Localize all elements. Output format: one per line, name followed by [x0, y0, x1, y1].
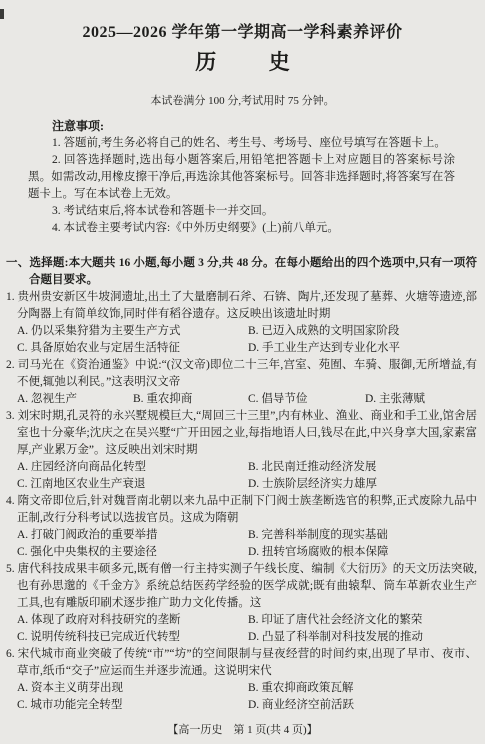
question-text: 司马光在《资治通鉴》中说:“(汉文帝)即位二十三年,宫室、苑囿、车骑、服御,无所…: [17, 359, 477, 388]
option-b: B. 印证了唐代社会经济文化的繁荣: [248, 612, 477, 629]
section-heading: 一、选择题:本大题共 16 小题,每小题 3 分,共 48 分。在每小题给出的四…: [6, 255, 477, 289]
question-stem: 6. 宋代城市商业突破了传统“市”“坊”的空间限制与昼夜经营的时间约束,出现了早…: [6, 646, 477, 680]
options-grid: A. 体现了政府对科技研究的垄断 B. 印证了唐代社会经济文化的繁荣 C. 说明…: [6, 612, 477, 646]
option-d: D. 凸显了科举制对科技发展的推动: [248, 629, 477, 646]
option-a: A. 忽视生产: [17, 391, 133, 408]
question-2: 2. 司马光在《资治通鉴》中说:“(汉文帝)即位二十三年,宫室、苑囿、车骑、服御…: [6, 357, 477, 408]
question-section: 一、选择题:本大题共 16 小题,每小题 3 分,共 48 分。在每小题给出的四…: [6, 255, 477, 714]
note-item-1: 1. 答题前,考生务必将自己的姓名、考生号、考场号、座位号填写在答题卡上。: [28, 135, 455, 152]
question-stem: 2. 司马光在《资治通鉴》中说:“(汉文帝)即位二十三年,宫室、苑囿、车骑、服御…: [6, 357, 477, 391]
option-a: A. 资本主义萌芽出现: [17, 680, 248, 697]
option-d: D. 士族阶层经济实力雄厚: [248, 476, 477, 493]
page-footer: 【高一历史 第 1 页(共 4 页)】: [0, 723, 485, 738]
option-c: C. 倡导节俭: [248, 391, 365, 408]
option-b: B. 重农抑商: [133, 391, 248, 408]
question-number: 2.: [6, 359, 18, 371]
options-grid: A. 庄园经济向商品化转型 B. 北民南迁推动经济发展 C. 江南地区农业生产衰…: [6, 459, 477, 493]
question-text: 隋文帝即位后,针对魏晋南北朝以来九品中正制下门阀士族垄断选官的积弊,正式废除九品…: [17, 495, 477, 524]
question-text: 唐代科技成果丰硕多元,既有僧一行主持实测子午线长度、编制《大衍历》的天文历法突破…: [17, 563, 477, 609]
option-b: B. 已迈入成熟的文明国家阶段: [248, 323, 477, 340]
notes-heading: 注意事项:: [28, 118, 455, 135]
option-d: D. 主张薄赋: [365, 391, 477, 408]
option-c: C. 说明传统科技已完成近代转型: [17, 629, 248, 646]
option-a: A. 庄园经济向商品化转型: [17, 459, 248, 476]
question-number: 1.: [6, 291, 18, 303]
exam-title: 2025—2026 学年第一学期高一学科素养评价: [0, 0, 485, 44]
option-b: B. 重农抑商政策瓦解: [248, 680, 477, 697]
question-text: 贵州贵安新区牛坡洞遗址,出土了大量磨制石斧、石锛、陶片,还发现了墓葬、火塘等遗迹…: [17, 291, 477, 320]
exam-score-time-info: 本试卷满分 100 分,考试用时 75 分钟。: [0, 93, 485, 110]
option-c: C. 具备原始农业与定居生活特征: [17, 340, 248, 357]
options-grid: A. 打破门阀政治的重要举措 B. 完善科举制度的现实基础 C. 强化中央集权的…: [6, 527, 477, 561]
option-d: D. 扭转官场腐败的根本保障: [248, 544, 477, 561]
option-a: A. 体现了政府对科技研究的垄断: [17, 612, 248, 629]
options-grid: A. 仍以采集狩猎为主要生产方式 B. 已迈入成熟的文明国家阶段 C. 具备原始…: [6, 323, 477, 357]
question-stem: 5. 唐代科技成果丰硕多元,既有僧一行主持实测子午线长度、编制《大衍历》的天文历…: [6, 561, 477, 612]
print-registration-mark: [0, 9, 4, 19]
question-text: 宋代城市商业突破了传统“市”“坊”的空间限制与昼夜经营的时间约束,出现了早市、夜…: [17, 648, 477, 677]
option-b: B. 北民南迁推动经济发展: [248, 459, 477, 476]
question-number: 6.: [6, 648, 18, 660]
question-number: 4.: [6, 495, 18, 507]
question-stem: 4. 隋文帝即位后,针对魏晋南北朝以来九品中正制下门阀士族垄断选官的积弊,正式废…: [6, 493, 477, 527]
question-6: 6. 宋代城市商业突破了传统“市”“坊”的空间限制与昼夜经营的时间约束,出现了早…: [6, 646, 477, 714]
question-4: 4. 隋文帝即位后,针对魏晋南北朝以来九品中正制下门阀士族垄断选官的积弊,正式废…: [6, 493, 477, 561]
question-text: 刘宋时期,孔灵符的永兴墅规模巨大,“周回三十三里”,内有林业、渔业、商业和手工业…: [17, 410, 477, 456]
options-grid: A. 资本主义萌芽出现 B. 重农抑商政策瓦解 C. 城市功能完全转型 D. 商…: [6, 680, 477, 714]
section-heading-text: 选择题:本大题共 16 小题,每小题 3 分,共 48 分。在每小题给出的四个选…: [29, 257, 477, 286]
note-item-2: 2. 回答选择题时,选出每小题答案后,用铅笔把答题卡上对应题目的答案标号涂黑。如…: [28, 152, 455, 203]
option-c: C. 强化中央集权的主要途径: [17, 544, 248, 561]
question-number: 3.: [6, 410, 18, 422]
option-d: D. 手工业生产达到专业化水平: [248, 340, 477, 357]
option-a: A. 打破门阀政治的重要举措: [17, 527, 248, 544]
subject-title: 历史: [0, 48, 485, 76]
note-item-4: 4. 本试卷主要考试内容:《中外历史纲要》(上)前八单元。: [28, 220, 455, 237]
option-a: A. 仍以采集狩猎为主要生产方式: [17, 323, 248, 340]
question-3: 3. 刘宋时期,孔灵符的永兴墅规模巨大,“周回三十三里”,内有林业、渔业、商业和…: [6, 408, 477, 493]
question-stem: 3. 刘宋时期,孔灵符的永兴墅规模巨大,“周回三十三里”,内有林业、渔业、商业和…: [6, 408, 477, 459]
option-c: C. 城市功能完全转型: [17, 697, 248, 714]
notes-section: 注意事项: 1. 答题前,考生务必将自己的姓名、考生号、考场号、座位号填写在答题…: [28, 118, 455, 237]
option-d: D. 商业经济空前活跃: [248, 697, 477, 714]
question-stem: 1. 贵州贵安新区牛坡洞遗址,出土了大量磨制石斧、石锛、陶片,还发现了墓葬、火塘…: [6, 289, 477, 323]
exam-paper-page: 2025—2026 学年第一学期高一学科素养评价 历史 本试卷满分 100 分,…: [0, 0, 485, 744]
section-number: 一、: [6, 257, 29, 269]
option-c: C. 江南地区农业生产衰退: [17, 476, 248, 493]
note-item-3: 3. 考试结束后,将本试卷和答题卡一并交回。: [28, 203, 455, 220]
options-grid: A. 忽视生产 B. 重农抑商 C. 倡导节俭 D. 主张薄赋: [6, 391, 477, 408]
question-number: 5.: [6, 563, 18, 575]
question-1: 1. 贵州贵安新区牛坡洞遗址,出土了大量磨制石斧、石锛、陶片,还发现了墓葬、火塘…: [6, 289, 477, 357]
option-b: B. 完善科举制度的现实基础: [248, 527, 477, 544]
question-5: 5. 唐代科技成果丰硕多元,既有僧一行主持实测子午线长度、编制《大衍历》的天文历…: [6, 561, 477, 646]
